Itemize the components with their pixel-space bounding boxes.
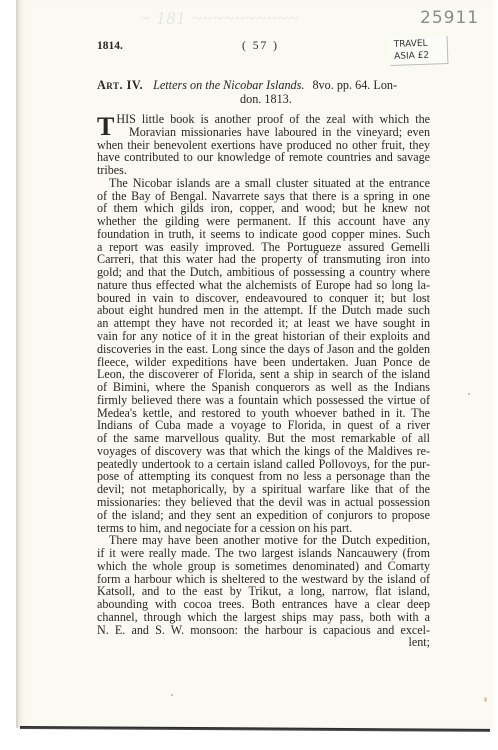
text-line: N. E. and S. W. monsoon: the harbour is … xyxy=(97,624,430,637)
text-line: channel, through which the largest ships… xyxy=(97,611,430,624)
text-line: if it were really made. The two largest … xyxy=(97,547,430,560)
text-line: abounding with cocoa trees. Both entranc… xyxy=(97,598,430,611)
text-line: HIS little book is another proof of the … xyxy=(97,113,430,126)
show-through-text: ~ 181 ~~~~~~~~~~ xyxy=(140,8,400,28)
text-line: of the island; and they sent an expediti… xyxy=(97,509,430,522)
article-title: Letters on the Nicobar Islands. xyxy=(153,78,304,92)
paper-speck xyxy=(468,393,470,395)
text-line: voyages of discovery was that which the … xyxy=(97,445,430,458)
drop-cap: T xyxy=(97,116,114,138)
text-line: lent; xyxy=(97,636,430,649)
text-line: The Nicobar islands are a small cluster … xyxy=(97,177,430,190)
page-number: ( 57 ) xyxy=(242,40,279,52)
text-line: tribes. xyxy=(97,164,430,177)
text-line: discoveries in the east. Long since the … xyxy=(97,343,430,356)
text-line: foundation in truth, it seems to indicat… xyxy=(97,228,430,241)
text-line: of the same marvellous quality. But the … xyxy=(97,432,430,445)
text-line: whether the gilding were permanent. If t… xyxy=(97,215,430,228)
pencil-catalog-number: 25911 xyxy=(420,8,479,28)
text-line: of Bimini, where the Spanish conquerors … xyxy=(97,381,430,394)
text-line: have contributed to our knowledge of rem… xyxy=(97,151,430,164)
text-line: missionaries: they believed that the dev… xyxy=(97,496,430,509)
article-body: T HIS little book is another proof of th… xyxy=(97,113,430,649)
paper-stain xyxy=(484,697,487,702)
article-heading: Art. IV.Letters on the Nicobar Islands.8… xyxy=(97,78,430,106)
article-heading-continuation: don. 1813. xyxy=(97,92,430,106)
running-head: 1814. ( 57 ) xyxy=(97,40,430,54)
text-line: vain for any notice of it in the great h… xyxy=(97,330,430,343)
paper-speck xyxy=(171,694,173,696)
running-head-year: 1814. xyxy=(97,40,123,52)
text-line: Moravian missionaries have laboured in t… xyxy=(97,126,430,139)
article-bibliographic-info: 8vo. pp. 64. Lon- xyxy=(312,78,397,92)
text-line: nature thus effected what the alchemists… xyxy=(97,279,430,292)
article-number: Art. IV. xyxy=(97,78,143,92)
text-line: firmly believed there was a fountain whi… xyxy=(97,394,430,407)
text-line: which the whole group is sometimes denom… xyxy=(97,560,430,573)
